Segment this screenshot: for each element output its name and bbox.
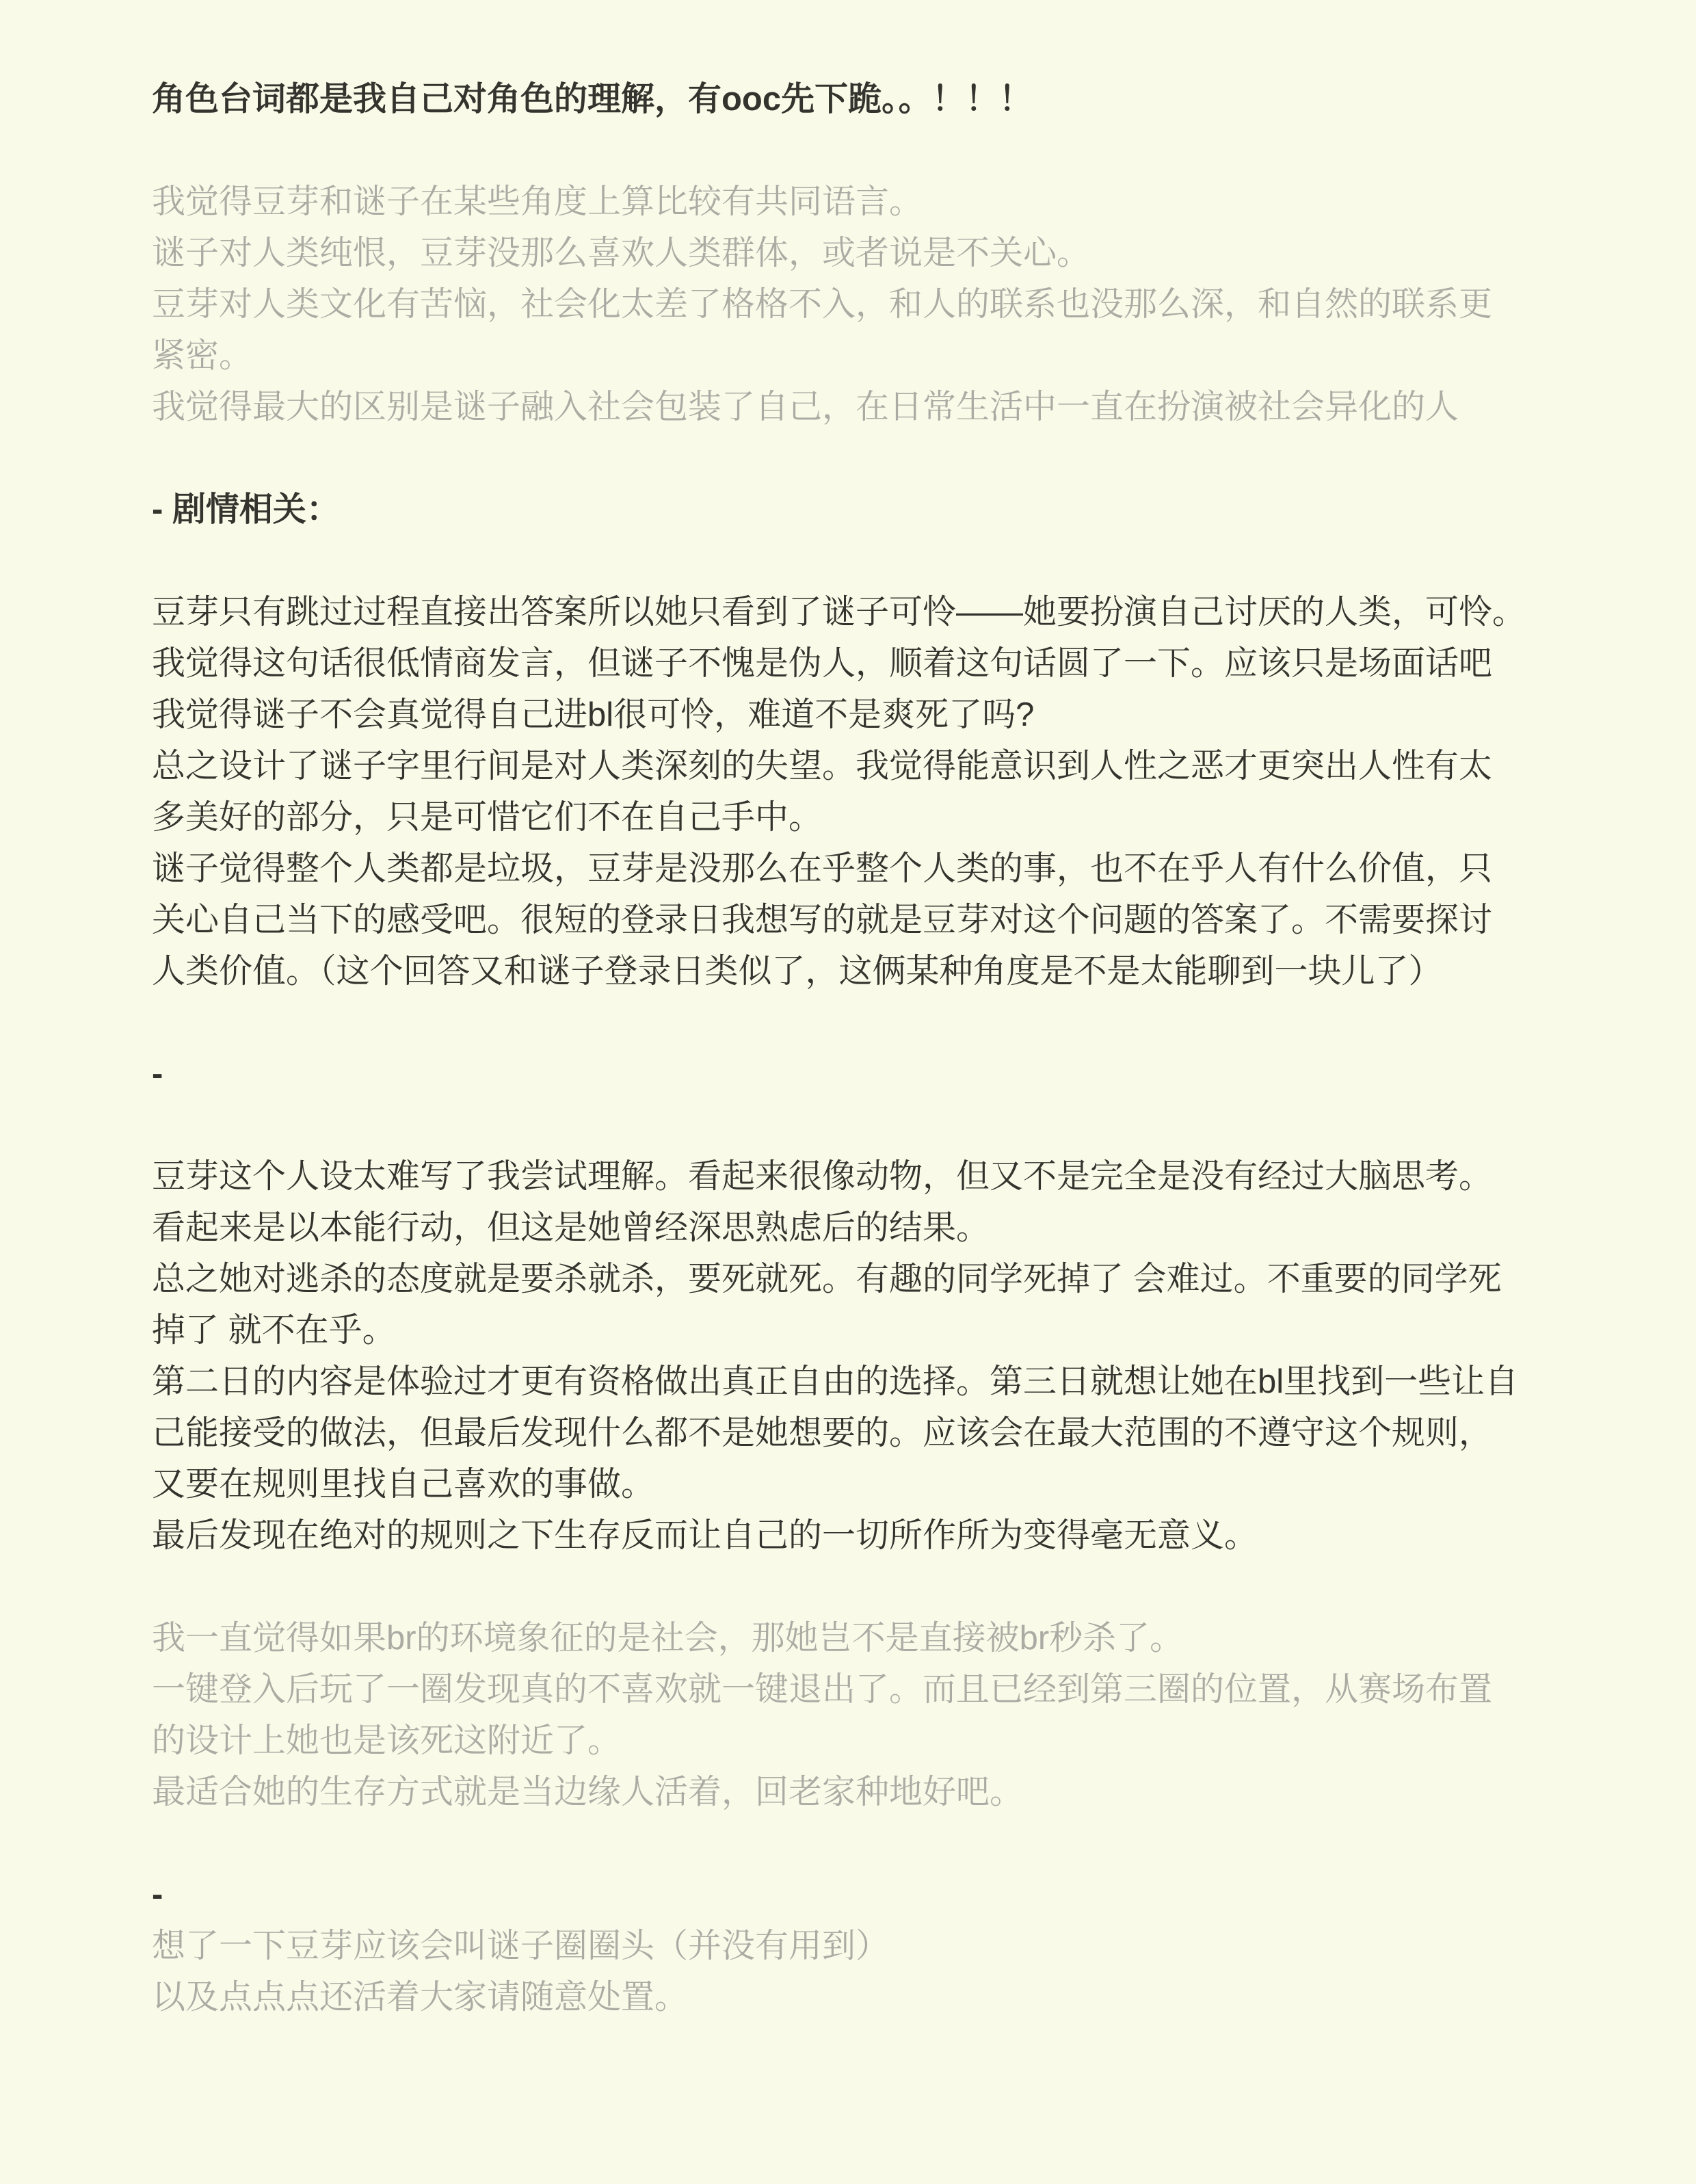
divider-dash-1: - bbox=[152, 1049, 1544, 1100]
document-page: 角色台词都是我自己对角色的理解，有ooc先下跪。。！！！ 我觉得豆芽和谜子在某些… bbox=[0, 0, 1696, 2184]
paragraph-plot-discussion-2: 豆芽这个人设太难写了我尝试理解。看起来很像动物，但又不是完全是没有经过大脑思考。… bbox=[152, 1151, 1544, 1562]
divider-dash-2: - bbox=[152, 1869, 1544, 1921]
section-heading-plot: - 剧情相关： bbox=[152, 484, 1544, 536]
paragraph-closing-notes: 想了一下豆芽应该会叫谜子圈圈头（并没有用到） 以及点点点还活着大家请随意处置。 bbox=[152, 1921, 1544, 2023]
paragraph-plot-discussion-1: 豆芽只有跳过过程直接出答案所以她只看到了谜子可怜——她要扮演自己讨厌的人类，可怜… bbox=[152, 587, 1544, 997]
note-title: 角色台词都是我自己对角色的理解，有ooc先下跪。。！！！ bbox=[152, 74, 1544, 125]
paragraph-character-comparison: 我觉得豆芽和谜子在某些角度上算比较有共同语言。 谜子对人类纯恨，豆芽没那么喜欢人… bbox=[152, 176, 1544, 433]
paragraph-br-thoughts: 我一直觉得如果br的环境象征的是社会，那她岂不是直接被br秒杀了。 一键登入后玩… bbox=[152, 1613, 1544, 1818]
